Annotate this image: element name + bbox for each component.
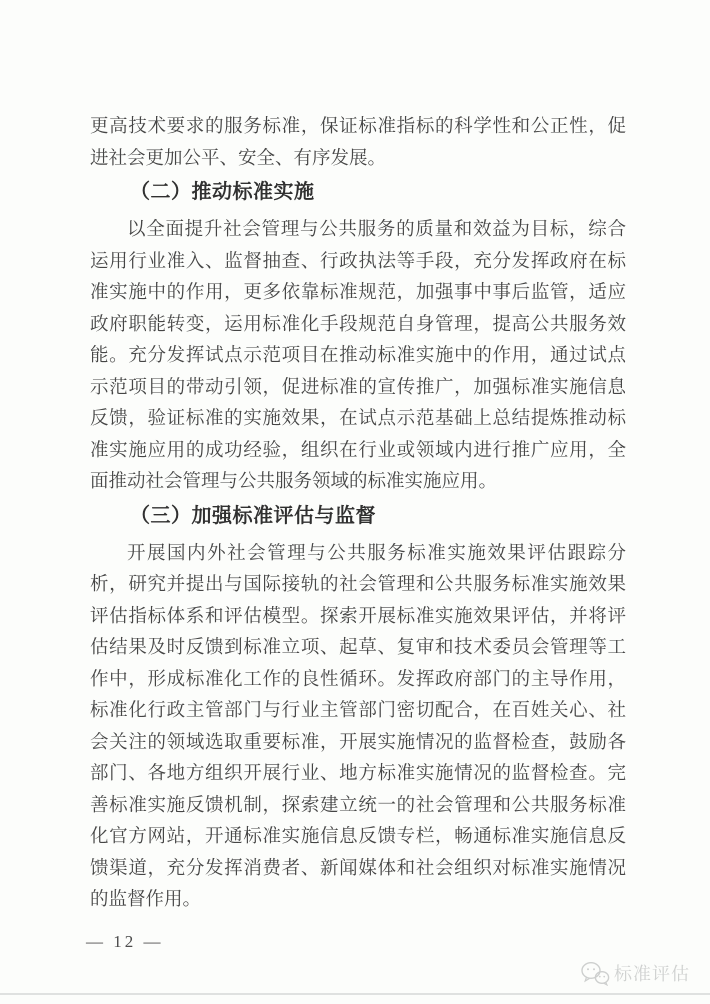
watermark: 标准评估	[580, 960, 690, 986]
watermark-label: 标准评估	[614, 960, 690, 986]
body-paragraph-evaluation: 开展国内外社会管理与公共服务标准实施效果评估跟踪分析，研究并提出与国际接轨的社会…	[90, 539, 626, 917]
page-number: — 12 —	[86, 926, 626, 958]
body-paragraph-implementation: 以全面提升社会管理与公共服务的质量和效益为目标，综合运用行业准入、监督抽查、行政…	[90, 215, 626, 499]
bottom-divider	[0, 993, 710, 995]
document-body: 更高技术要求的服务标准，保证标准指标的科学性和公正性，促进社会更加公平、安全、有…	[90, 112, 626, 957]
section-heading-promote-implementation: （二）推动标准实施	[90, 177, 626, 207]
body-paragraph-continuation: 更高技术要求的服务标准，保证标准指标的科学性和公正性，促进社会更加公平、安全、有…	[90, 112, 626, 175]
wechat-icon	[580, 961, 610, 986]
document-page: 更高技术要求的服务标准，保证标准指标的科学性和公正性，促进社会更加公平、安全、有…	[0, 0, 710, 1004]
section-heading-evaluation-supervision: （三）加强标准评估与监督	[90, 501, 626, 531]
